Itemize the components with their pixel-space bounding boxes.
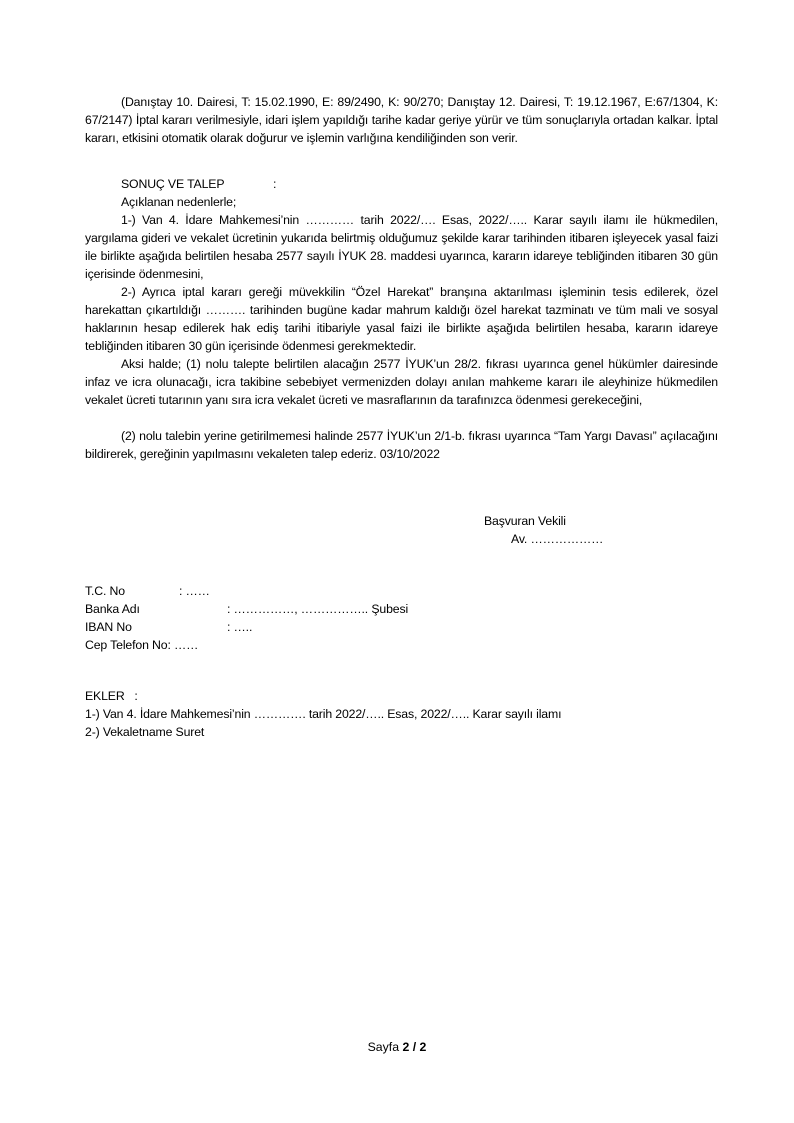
intro-text: Açıklanan nedenlerle; (121, 193, 236, 211)
closing-paragraph: (2) nolu talebin yerine getirilmemesi ha… (85, 427, 718, 463)
otherwise-paragraph: Aksi halde; (1) nolu talepte belirtilen … (85, 355, 718, 409)
attachment-item: 2-) Vekaletname Suret (85, 723, 204, 741)
section-heading-colon: : (273, 175, 276, 193)
section-heading: SONUÇ VE TALEP : (121, 175, 224, 193)
tc-value: : …… (179, 582, 210, 600)
page-footer: Sayfa 2 / 2 (0, 1040, 794, 1054)
section-heading-text: SONUÇ VE TALEP (121, 177, 224, 191)
paragraph-case-law: (Danıştay 10. Dairesi, T: 15.02.1990, E:… (85, 93, 718, 147)
request-2: 2-) Ayrıca iptal kararı gereği müvekkili… (85, 283, 718, 355)
phone-label: Cep Telefon No: (85, 638, 171, 652)
signature-title: Başvuran Vekili (484, 512, 566, 530)
attachment-item: 1-) Van 4. İdare Mahkemesi’nin …………. tar… (85, 705, 561, 723)
request-1: 1-) Van 4. İdare Mahkemesi’nin ………… tari… (85, 211, 718, 283)
tc-label: T.C. No (85, 582, 125, 600)
phone-value: …… (174, 638, 198, 652)
bank-label: Banka Adı (85, 600, 140, 618)
page-number: 2 / 2 (402, 1040, 426, 1054)
bank-value: : ……………, …………….. Şubesi (227, 600, 408, 618)
attachments-heading: EKLER : (85, 687, 138, 705)
signature-name: Av. ……………… (511, 530, 603, 548)
tc-row: T.C. No (85, 582, 125, 600)
document-page: (Danıştay 10. Dairesi, T: 15.02.1990, E:… (0, 0, 794, 1123)
page-label: Sayfa (368, 1040, 399, 1054)
phone-row: Cep Telefon No: …… (85, 636, 198, 654)
iban-label: IBAN No (85, 618, 132, 636)
iban-value: : ….. (227, 618, 252, 636)
